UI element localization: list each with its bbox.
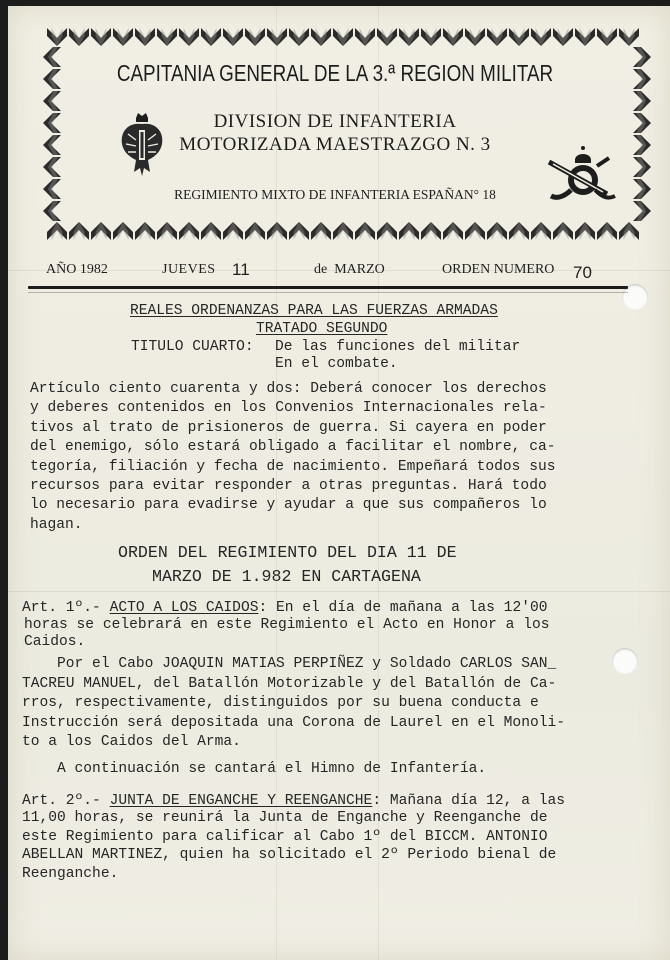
text-line: Caidos. — [24, 634, 85, 651]
chevron-border-tile-icon — [42, 90, 66, 112]
header-divider — [28, 286, 628, 289]
chevron-border-tile-icon — [376, 222, 398, 244]
chevron-border-tile-icon — [354, 222, 376, 244]
text-line: tivos al trato de prisioneros de guerra.… — [30, 420, 547, 437]
titulo-line1: De las funciones del militar — [275, 339, 520, 356]
chevron-border-tile-icon — [628, 68, 652, 90]
chevron-border-tile-icon — [46, 222, 68, 244]
chevron-border-tile-icon — [596, 24, 618, 46]
chevron-border-tile-icon — [222, 222, 244, 244]
chevron-border-tile-icon — [112, 222, 134, 244]
chevron-border-tile-icon — [134, 24, 156, 46]
chevron-border-tile-icon — [628, 156, 652, 178]
chevron-border-tile-icon — [486, 24, 508, 46]
text-line: to a los Caidos del Arma. — [22, 734, 241, 751]
chevron-border-tile-icon — [530, 222, 552, 244]
orden-title-line1: ORDEN DEL REGIMIENTO DEL DIA 11 DE — [118, 542, 457, 564]
crowned-eagle-emblem-icon — [118, 110, 166, 180]
chevron-border-tile-icon — [178, 24, 200, 46]
chevron-border-tile-icon — [398, 24, 420, 46]
chevron-border-tile-icon — [420, 24, 442, 46]
year-label: AÑO 1982 — [46, 262, 108, 278]
chevron-border-tile-icon — [244, 222, 266, 244]
ordenanzas-subtitle: TRATADO SEGUNDO — [256, 321, 387, 338]
art1-text: : En el día de mañana a las 12'00 — [258, 600, 547, 616]
chevron-border-tile-icon — [200, 222, 222, 244]
text-line: rros, respectivamente, distinguidos por … — [22, 695, 539, 712]
infantry-crest-emblem-icon — [545, 144, 617, 204]
art1-heading: ACTO A LOS CAIDOS — [110, 600, 259, 616]
chevron-border-tile-icon — [398, 222, 420, 244]
chevron-border-tile-icon — [222, 24, 244, 46]
chevron-border-tile-icon — [376, 24, 398, 46]
chevron-border-tile-icon — [310, 24, 332, 46]
chevron-border-tile-icon — [90, 222, 112, 244]
chevron-border-tile-icon — [464, 24, 486, 46]
chevron-border-tile-icon — [266, 24, 288, 46]
art1-number: Art. 1º.- — [22, 600, 110, 616]
chevron-border-tile-icon — [508, 24, 530, 46]
chevron-border-tile-icon — [618, 24, 640, 46]
zigzag-border-top — [46, 24, 640, 46]
chevron-border-tile-icon — [618, 222, 640, 244]
art2-heading: JUNTA DE ENGANCHE Y REENGANCHE — [110, 793, 373, 809]
chevron-border-tile-icon — [628, 200, 652, 222]
day-number: 11 — [232, 260, 250, 280]
division-name-line1: DIVISION DE INFANTERIA — [0, 111, 670, 133]
titulo-label: TITULO CUARTO: — [131, 339, 254, 356]
text-line: Artículo ciento cuarenta y dos: Deberá c… — [30, 381, 547, 398]
art1-first-line: Art. 1º.- ACTO A LOS CAIDOS: En el día d… — [22, 600, 547, 617]
chevron-border-tile-icon — [134, 222, 156, 244]
chevron-border-tile-icon — [442, 222, 464, 244]
chevron-border-tile-icon — [68, 222, 90, 244]
art2-text: : Mañana día 12, a las — [372, 793, 565, 809]
text-line: hagan. — [30, 517, 83, 534]
chevron-border-tile-icon — [244, 24, 266, 46]
chevron-border-tile-icon — [200, 24, 222, 46]
text-line: Por el Cabo JOAQUIN MATIAS PERPIÑEZ y So… — [22, 656, 556, 673]
text-line: 11,00 horas, se reunirá la Junta de Enga… — [22, 810, 547, 827]
chevron-border-tile-icon — [628, 90, 652, 112]
order-number-label: ORDEN NUMERO — [442, 262, 554, 278]
zigzag-border-bottom — [46, 222, 640, 244]
month: de MARZO — [314, 262, 385, 278]
text-line: del enemigo, sólo estará obligado a faci… — [30, 439, 555, 456]
titulo-line2: En el combate. — [275, 356, 398, 373]
chevron-border-tile-icon — [178, 222, 200, 244]
text-line: ABELLAN MARTINEZ, quien ha solicitado el… — [22, 847, 556, 864]
chevron-border-tile-icon — [46, 24, 68, 46]
chevron-border-tile-icon — [112, 24, 134, 46]
text-line: y deberes contenidos en los Convenios In… — [30, 400, 547, 417]
chevron-border-tile-icon — [332, 24, 354, 46]
chevron-border-tile-icon — [508, 222, 530, 244]
text-line: lo necesario para evadirse y ayudar a qu… — [30, 497, 547, 514]
chevron-border-tile-icon — [464, 222, 486, 244]
chevron-border-tile-icon — [310, 222, 332, 244]
chevron-border-tile-icon — [420, 222, 442, 244]
chevron-border-tile-icon — [68, 24, 90, 46]
order-number: 70 — [573, 263, 592, 283]
text-line: Reenganche. — [22, 866, 118, 883]
chevron-border-tile-icon — [288, 24, 310, 46]
chevron-border-tile-icon — [552, 222, 574, 244]
chevron-border-tile-icon — [156, 222, 178, 244]
chevron-border-tile-icon — [266, 222, 288, 244]
ordenanzas-title: REALES ORDENANZAS PARA LAS FUERZAS ARMAD… — [130, 303, 498, 320]
header-title: CAPITANIA GENERAL DE LA 3.ª REGION MILIT… — [60, 60, 609, 87]
orden-title-line2: MARZO DE 1.982 EN CARTAGENA — [152, 566, 421, 588]
chevron-border-tile-icon — [486, 222, 508, 244]
weekday: JUEVES — [162, 262, 216, 278]
chevron-border-tile-icon — [288, 222, 310, 244]
text-line: horas se celebrará en este Regimiento el… — [24, 617, 549, 634]
chevron-border-tile-icon — [574, 222, 596, 244]
text-line: este Regimiento para calificar al Cabo 1… — [22, 829, 547, 846]
chevron-border-tile-icon — [530, 24, 552, 46]
header-divider-thin — [28, 292, 628, 293]
chevron-border-tile-icon — [42, 200, 66, 222]
chevron-border-tile-icon — [442, 24, 464, 46]
text-line: TACREU MANUEL, del Batallón Motorizable … — [22, 676, 556, 693]
text-line: Instrucción será depositada una Corona d… — [22, 715, 565, 732]
chevron-border-tile-icon — [596, 222, 618, 244]
art2-first-line: Art. 2º.- JUNTA DE ENGANCHE Y REENGANCHE… — [22, 793, 565, 810]
text-line: tegoría, filiación y fecha de nacimiento… — [30, 459, 555, 476]
art1-paragraph-3: A continuación se cantará el Himno de In… — [22, 761, 486, 778]
text-line: recursos para evitar responder a otras p… — [30, 478, 547, 495]
chevron-border-tile-icon — [332, 222, 354, 244]
chevron-border-tile-icon — [574, 24, 596, 46]
chevron-border-tile-icon — [90, 24, 112, 46]
art2-number: Art. 2º.- — [22, 793, 110, 809]
fold-crease — [8, 591, 670, 592]
punch-hole — [612, 648, 638, 674]
chevron-border-tile-icon — [156, 24, 178, 46]
chevron-border-tile-icon — [42, 156, 66, 178]
chevron-border-tile-icon — [354, 24, 376, 46]
chevron-border-tile-icon — [628, 46, 652, 68]
chevron-border-tile-icon — [552, 24, 574, 46]
